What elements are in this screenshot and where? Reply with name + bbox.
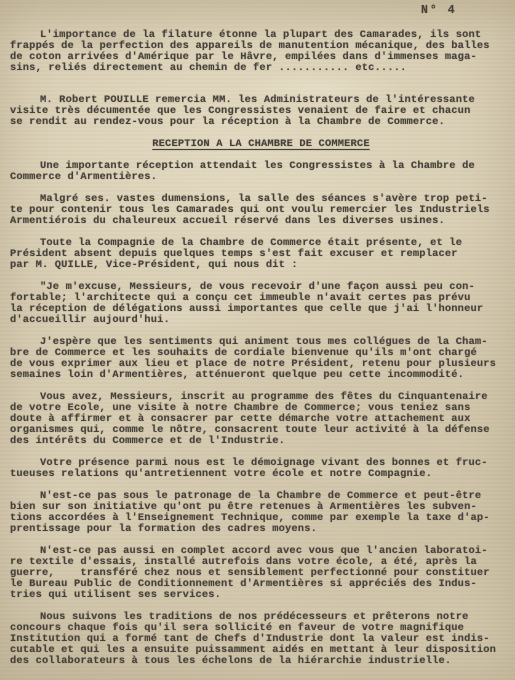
paragraph-reception-attendait: Une importante réception attendait les C… xyxy=(10,161,512,183)
paragraph-salle-seances: Malgré ses. vastes dumensions, la salle … xyxy=(10,194,512,227)
paragraph-remerciements-pouille: M. Robert POUILLE remercia MM. les Admin… xyxy=(10,95,512,128)
paragraph-discours-presence: Votre présence parmi nous est le démoign… xyxy=(10,458,512,480)
paragraph-discours-laboratoire: N'est-ce pas aussi en complet accord ave… xyxy=(10,546,512,601)
page-number: N° 4 xyxy=(421,4,457,17)
section-heading-reception: RECEPTION A LA CHAMBRE DE COMMERCE xyxy=(10,139,512,150)
typewritten-content: L'importance de la filature étonne la pl… xyxy=(10,30,512,678)
document-page: N° 4 L'importance de la filature étonne … xyxy=(0,0,515,680)
paragraph-compagnie-presente: Toute la Compagnie de la Chambre de Comm… xyxy=(10,238,512,271)
paragraph-discours-traditions: Nous suivons les traditions de nos prédé… xyxy=(10,612,512,667)
paragraph-importance-filature: L'importance de la filature étonne la pl… xyxy=(10,30,512,74)
paragraph-discours-sentiments: J'espère que les sentiments qui animent … xyxy=(10,337,512,381)
paragraph-discours-patronage: N'est-ce pas sous le patronage de la Cha… xyxy=(10,491,512,535)
paragraph-discours-cinquantenaire: Vous avez, Messieurs, inscrit au program… xyxy=(10,392,512,447)
paragraph-discours-excuse: "Je m'excuse, Messieurs, de vous recevoi… xyxy=(10,282,512,326)
